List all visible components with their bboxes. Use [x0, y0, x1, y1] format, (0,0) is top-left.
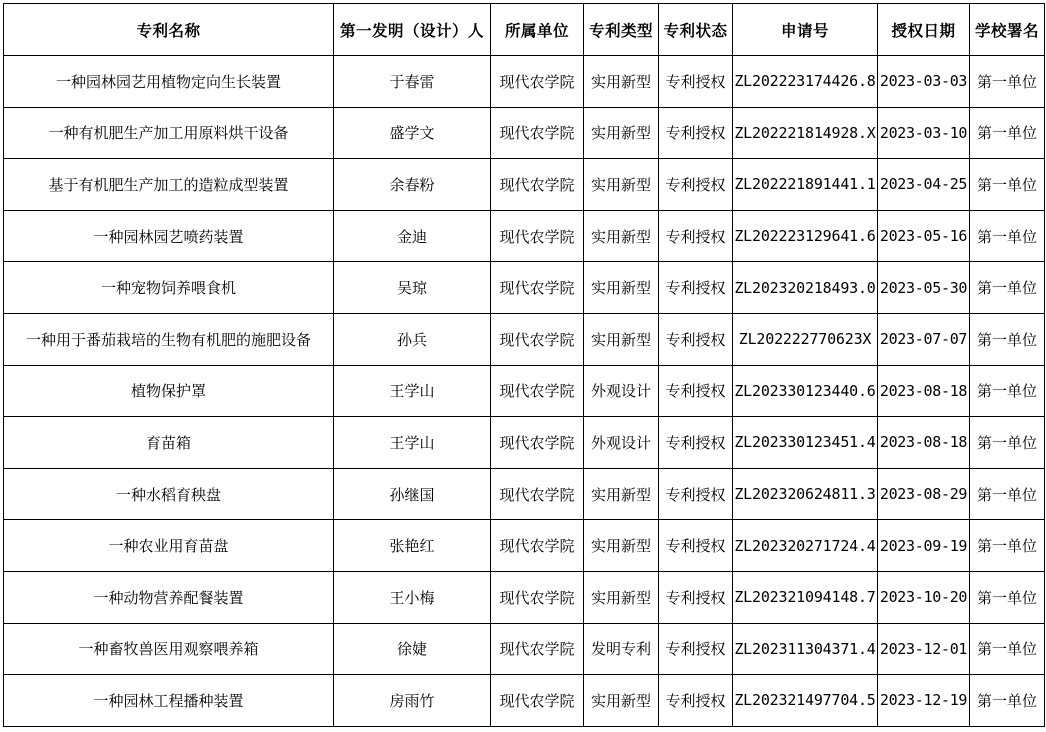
cell-grant-date: 2023-05-30 — [878, 262, 970, 314]
cell-application-number: ZL202221814928.X — [733, 107, 878, 159]
cell-unit: 现代农学院 — [491, 417, 584, 469]
cell-unit: 现代农学院 — [491, 159, 584, 211]
cell-school-signature: 第一单位 — [970, 623, 1045, 675]
cell-school-signature: 第一单位 — [970, 571, 1045, 623]
table-row: 一种有机肥生产加工用原料烘干设备 盛学文 现代农学院 实用新型 专利授权 ZL2… — [4, 107, 1045, 159]
cell-grant-date: 2023-03-10 — [878, 107, 970, 159]
cell-unit: 现代农学院 — [491, 56, 584, 108]
table-row: 一种园林工程播种装置 房雨竹 现代农学院 实用新型 专利授权 ZL2023214… — [4, 675, 1045, 727]
table-row: 一种宠物饲养喂食机 吴琼 现代农学院 实用新型 专利授权 ZL202320218… — [4, 262, 1045, 314]
cell-type: 实用新型 — [584, 159, 659, 211]
cell-inventor: 孙兵 — [334, 313, 491, 365]
cell-type: 实用新型 — [584, 107, 659, 159]
cell-unit: 现代农学院 — [491, 210, 584, 262]
cell-grant-date: 2023-08-18 — [878, 365, 970, 417]
cell-grant-date: 2023-05-16 — [878, 210, 970, 262]
cell-patent-name: 一种畜牧兽医用观察喂养箱 — [4, 623, 334, 675]
header-unit: 所属单位 — [491, 4, 584, 56]
cell-type: 实用新型 — [584, 675, 659, 727]
cell-inventor: 金迪 — [334, 210, 491, 262]
table-header: 专利名称 第一发明（设计）人 所属单位 专利类型 专利状态 申请号 授权日期 学… — [4, 4, 1045, 56]
cell-inventor: 于春雷 — [334, 56, 491, 108]
cell-unit: 现代农学院 — [491, 107, 584, 159]
cell-grant-date: 2023-10-20 — [878, 571, 970, 623]
header-first-inventor: 第一发明（设计）人 — [334, 4, 491, 56]
table-row: 基于有机肥生产加工的造粒成型装置 余春粉 现代农学院 实用新型 专利授权 ZL2… — [4, 159, 1045, 211]
cell-status: 专利授权 — [659, 417, 733, 469]
header-patent-type: 专利类型 — [584, 4, 659, 56]
table-row: 一种园林园艺喷药装置 金迪 现代农学院 实用新型 专利授权 ZL20222312… — [4, 210, 1045, 262]
cell-unit: 现代农学院 — [491, 365, 584, 417]
cell-school-signature: 第一单位 — [970, 313, 1045, 365]
cell-school-signature: 第一单位 — [970, 210, 1045, 262]
cell-inventor: 张艳红 — [334, 520, 491, 572]
cell-unit: 现代农学院 — [491, 468, 584, 520]
cell-patent-name: 一种农业用育苗盘 — [4, 520, 334, 572]
cell-type: 实用新型 — [584, 313, 659, 365]
cell-patent-name: 基于有机肥生产加工的造粒成型装置 — [4, 159, 334, 211]
table-row: 一种用于番茄栽培的生物有机肥的施肥设备 孙兵 现代农学院 实用新型 专利授权 Z… — [4, 313, 1045, 365]
cell-inventor: 王学山 — [334, 417, 491, 469]
cell-patent-name: 育苗箱 — [4, 417, 334, 469]
cell-inventor: 盛学文 — [334, 107, 491, 159]
cell-application-number: ZL202221891441.1 — [733, 159, 878, 211]
cell-unit: 现代农学院 — [491, 313, 584, 365]
cell-patent-name: 一种园林园艺用植物定向生长装置 — [4, 56, 334, 108]
table-row: 一种动物营养配餐装置 王小梅 现代农学院 实用新型 专利授权 ZL2023210… — [4, 571, 1045, 623]
cell-type: 实用新型 — [584, 56, 659, 108]
cell-status: 专利授权 — [659, 313, 733, 365]
header-application-number: 申请号 — [733, 4, 878, 56]
cell-status: 专利授权 — [659, 210, 733, 262]
cell-patent-name: 一种宠物饲养喂食机 — [4, 262, 334, 314]
cell-type: 外观设计 — [584, 365, 659, 417]
cell-inventor: 孙继国 — [334, 468, 491, 520]
table-row: 一种农业用育苗盘 张艳红 现代农学院 实用新型 专利授权 ZL202320271… — [4, 520, 1045, 572]
table-row: 一种畜牧兽医用观察喂养箱 徐婕 现代农学院 发明专利 专利授权 ZL202311… — [4, 623, 1045, 675]
cell-status: 专利授权 — [659, 675, 733, 727]
patent-table: 专利名称 第一发明（设计）人 所属单位 专利类型 专利状态 申请号 授权日期 学… — [3, 3, 1045, 727]
cell-application-number: ZL202330123440.6 — [733, 365, 878, 417]
table-row: 一种水稻育秧盘 孙继国 现代农学院 实用新型 专利授权 ZL2023206248… — [4, 468, 1045, 520]
cell-application-number: ZL202222770623X — [733, 313, 878, 365]
cell-school-signature: 第一单位 — [970, 159, 1045, 211]
cell-grant-date: 2023-09-19 — [878, 520, 970, 572]
table-row: 一种园林园艺用植物定向生长装置 于春雷 现代农学院 实用新型 专利授权 ZL20… — [4, 56, 1045, 108]
cell-patent-name: 植物保护罩 — [4, 365, 334, 417]
cell-status: 专利授权 — [659, 623, 733, 675]
cell-unit: 现代农学院 — [491, 571, 584, 623]
cell-application-number: ZL202223174426.8 — [733, 56, 878, 108]
cell-patent-name: 一种园林工程播种装置 — [4, 675, 334, 727]
cell-patent-name: 一种动物营养配餐装置 — [4, 571, 334, 623]
cell-type: 实用新型 — [584, 571, 659, 623]
cell-inventor: 徐婕 — [334, 623, 491, 675]
header-row: 专利名称 第一发明（设计）人 所属单位 专利类型 专利状态 申请号 授权日期 学… — [4, 4, 1045, 56]
cell-school-signature: 第一单位 — [970, 468, 1045, 520]
cell-status: 专利授权 — [659, 107, 733, 159]
cell-patent-name: 一种园林园艺喷药装置 — [4, 210, 334, 262]
cell-application-number: ZL202320271724.4 — [733, 520, 878, 572]
cell-school-signature: 第一单位 — [970, 417, 1045, 469]
table-body: 一种园林园艺用植物定向生长装置 于春雷 现代农学院 实用新型 专利授权 ZL20… — [4, 56, 1045, 727]
cell-patent-name: 一种用于番茄栽培的生物有机肥的施肥设备 — [4, 313, 334, 365]
cell-unit: 现代农学院 — [491, 675, 584, 727]
cell-school-signature: 第一单位 — [970, 107, 1045, 159]
cell-status: 专利授权 — [659, 56, 733, 108]
cell-patent-name: 一种水稻育秧盘 — [4, 468, 334, 520]
cell-application-number: ZL202311304371.4 — [733, 623, 878, 675]
cell-grant-date: 2023-08-18 — [878, 417, 970, 469]
cell-grant-date: 2023-12-19 — [878, 675, 970, 727]
header-patent-status: 专利状态 — [659, 4, 733, 56]
cell-school-signature: 第一单位 — [970, 262, 1045, 314]
cell-type: 外观设计 — [584, 417, 659, 469]
cell-grant-date: 2023-04-25 — [878, 159, 970, 211]
cell-grant-date: 2023-12-01 — [878, 623, 970, 675]
cell-application-number: ZL202321497704.5 — [733, 675, 878, 727]
cell-school-signature: 第一单位 — [970, 365, 1045, 417]
cell-school-signature: 第一单位 — [970, 675, 1045, 727]
cell-application-number: ZL202330123451.4 — [733, 417, 878, 469]
cell-application-number: ZL202321094148.7 — [733, 571, 878, 623]
table-row: 育苗箱 王学山 现代农学院 外观设计 专利授权 ZL202330123451.4… — [4, 417, 1045, 469]
cell-patent-name: 一种有机肥生产加工用原料烘干设备 — [4, 107, 334, 159]
cell-status: 专利授权 — [659, 520, 733, 572]
cell-status: 专利授权 — [659, 262, 733, 314]
header-grant-date: 授权日期 — [878, 4, 970, 56]
cell-application-number: ZL202320624811.3 — [733, 468, 878, 520]
cell-inventor: 房雨竹 — [334, 675, 491, 727]
cell-inventor: 吴琼 — [334, 262, 491, 314]
header-school-signature: 学校署名 — [970, 4, 1045, 56]
cell-inventor: 王学山 — [334, 365, 491, 417]
cell-unit: 现代农学院 — [491, 520, 584, 572]
cell-application-number: ZL202223129641.6 — [733, 210, 878, 262]
cell-status: 专利授权 — [659, 571, 733, 623]
cell-inventor: 余春粉 — [334, 159, 491, 211]
cell-type: 实用新型 — [584, 262, 659, 314]
cell-unit: 现代农学院 — [491, 623, 584, 675]
cell-grant-date: 2023-08-29 — [878, 468, 970, 520]
table-row: 植物保护罩 王学山 现代农学院 外观设计 专利授权 ZL202330123440… — [4, 365, 1045, 417]
cell-application-number: ZL202320218493.0 — [733, 262, 878, 314]
cell-grant-date: 2023-03-03 — [878, 56, 970, 108]
cell-school-signature: 第一单位 — [970, 520, 1045, 572]
cell-status: 专利授权 — [659, 468, 733, 520]
cell-type: 实用新型 — [584, 520, 659, 572]
cell-inventor: 王小梅 — [334, 571, 491, 623]
cell-type: 发明专利 — [584, 623, 659, 675]
cell-status: 专利授权 — [659, 365, 733, 417]
cell-type: 实用新型 — [584, 468, 659, 520]
cell-status: 专利授权 — [659, 159, 733, 211]
cell-grant-date: 2023-07-07 — [878, 313, 970, 365]
cell-type: 实用新型 — [584, 210, 659, 262]
header-patent-name: 专利名称 — [4, 4, 334, 56]
cell-unit: 现代农学院 — [491, 262, 584, 314]
cell-school-signature: 第一单位 — [970, 56, 1045, 108]
